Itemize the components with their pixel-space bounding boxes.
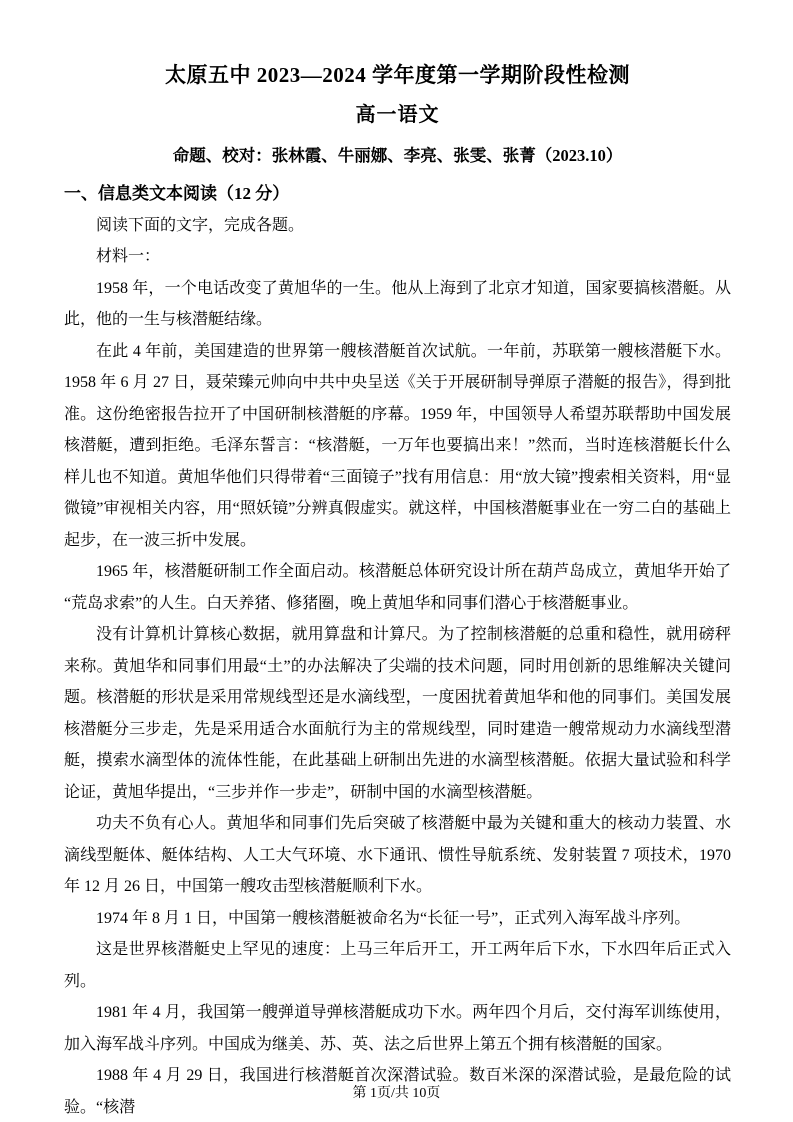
intro-line: 阅读下面的文字，完成各题。 [64, 210, 731, 242]
paragraph: 这是世界核潜艇史上罕见的速度：上马三年后开工，开工两年后下水，下水四年后正式入列… [64, 934, 731, 997]
paragraph: 在此 4 年前，美国建造的世界第一艘核潜艇首次试航。一年前，苏联第一艘核潜艇下水… [64, 336, 731, 557]
document-subtitle: 高一语文 [64, 100, 731, 130]
byline: 命题、校对：张林霞、牛丽娜、李亮、张雯、张菁（2023.10） [64, 143, 731, 169]
page-number-footer: 第 1页/共 10页 [0, 1085, 793, 1103]
paragraph: 功夫不负有心人。黄旭华和同事们先后突破了核潜艇中最为关键和重大的核动力装置、水滴… [64, 808, 731, 903]
paragraph: 1958 年，一个电话改变了黄旭华的一生。他从上海到了北京才知道，国家要搞核潜艇… [64, 273, 731, 336]
paragraph: 1965 年，核潜艇研制工作全面启动。核潜艇总体研究设计所在葫芦岛成立，黄旭华开… [64, 556, 731, 619]
exam-document-page: 太原五中 2023—2024 学年度第一学期阶段性检测 高一语文 命题、校对：张… [0, 0, 793, 1122]
paragraph: 1981 年 4 月，我国第一艘弹道导弹核潜艇成功下水。两年四个月后，交付海军训… [64, 997, 731, 1060]
section-heading: 一、信息类文本阅读（12 分） [64, 178, 731, 210]
paragraph: 没有计算机计算核心数据，就用算盘和计算尺。为了控制核潜艇的总重和稳性，就用磅秤来… [64, 619, 731, 808]
material-label: 材料一： [64, 241, 731, 273]
paragraph: 1974 年 8 月 1 日，中国第一艘核潜艇被命名为“长征一号”，正式列入海军… [64, 903, 731, 935]
document-title: 太原五中 2023—2024 学年度第一学期阶段性检测 [64, 60, 731, 90]
